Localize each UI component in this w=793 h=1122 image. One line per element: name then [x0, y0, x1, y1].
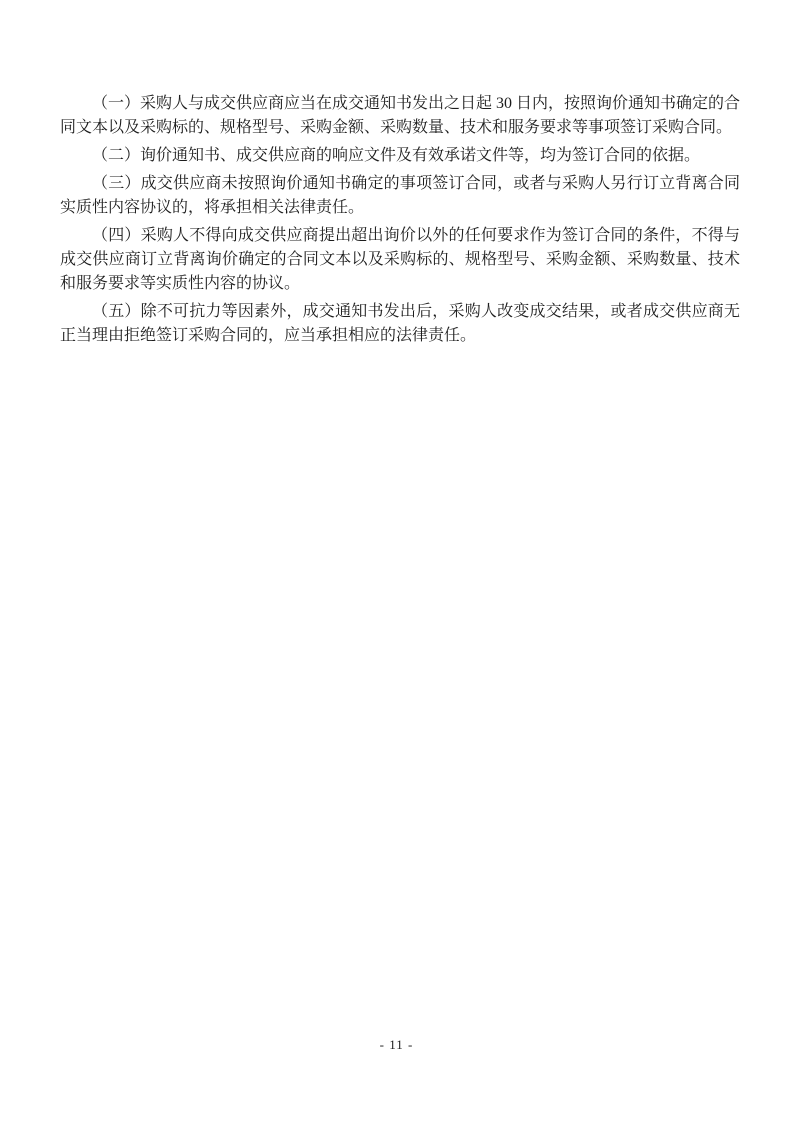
document-page: （一）采购人与成交供应商应当在成交通知书发出之日起 30 日内，按照询价通知书确…	[0, 0, 793, 1122]
document-body: （一）采购人与成交供应商应当在成交通知书发出之日起 30 日内，按照询价通知书确…	[60, 92, 740, 352]
paragraph-1: （一）采购人与成交供应商应当在成交通知书发出之日起 30 日内，按照询价通知书确…	[60, 92, 740, 140]
paragraph-2: （二）询价通知书、成交供应商的响应文件及有效承诺文件等，均为签订合同的依据。	[60, 144, 740, 168]
paragraph-4: （四）采购人不得向成交供应商提出超出询价以外的任何要求作为签订合同的条件，不得与…	[60, 224, 740, 296]
paragraph-3: （三）成交供应商未按照询价通知书确定的事项签订合同，或者与采购人另行订立背离合同…	[60, 172, 740, 220]
paragraph-5: （五）除不可抗力等因素外，成交通知书发出后，采购人改变成交结果，或者成交供应商无…	[60, 300, 740, 348]
page-number: - 11 -	[0, 1037, 793, 1053]
